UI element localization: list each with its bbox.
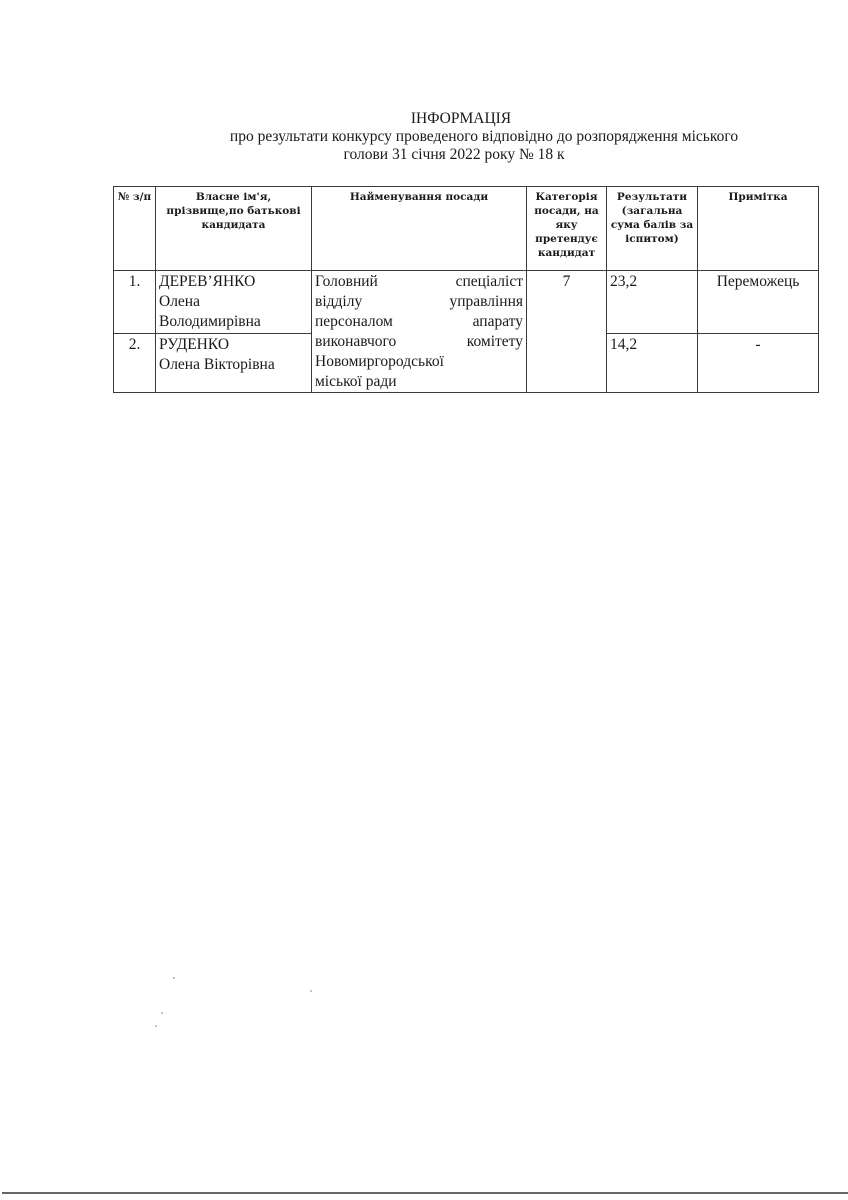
candidate-surname: РУДЕНКО xyxy=(159,335,308,355)
position-line: міської ради xyxy=(315,372,523,392)
scan-speck xyxy=(310,990,312,992)
scan-speck xyxy=(155,1025,157,1027)
note: - xyxy=(698,334,819,393)
position-line: Головний спеціаліст xyxy=(315,272,523,292)
document-subtitle-line1: про результати конкурсу проведеного відп… xyxy=(60,128,848,146)
result-score: 23,2 xyxy=(607,271,698,334)
document-subtitle-line2: голови 31 січня 2022 року № 18 к xyxy=(30,146,848,164)
position-category: 7 xyxy=(527,271,607,393)
position-line: виконавчого комітету xyxy=(315,332,523,352)
row-number: 1. xyxy=(114,271,156,334)
header-results: Результати (загальна сума балів за іспит… xyxy=(607,187,698,271)
header-position-category: Категорія посади, на яку претендує канди… xyxy=(527,187,607,271)
table-row: 1. ДЕРЕВ’ЯНКО Олена Володимирівна Головн… xyxy=(114,271,819,334)
note: Переможець xyxy=(698,271,819,334)
results-table: № з/п Власне ім'я, прізвище,по батькові … xyxy=(113,186,819,393)
candidate-surname: ДЕРЕВ’ЯНКО xyxy=(159,272,308,292)
page-bottom-edge xyxy=(2,1192,848,1194)
header-position-name: Найменування посади xyxy=(312,187,527,271)
header-note: Примітка xyxy=(698,187,819,271)
header-candidate-name: Власне ім'я, прізвище,по батькові кандид… xyxy=(156,187,312,271)
position-name: Головний спеціаліст відділу управління п… xyxy=(312,271,527,393)
candidate-given-name: Олена xyxy=(159,292,308,312)
row-number: 2. xyxy=(114,334,156,393)
scan-speck xyxy=(161,1012,163,1014)
table-header-row: № з/п Власне ім'я, прізвище,по батькові … xyxy=(114,187,819,271)
header-number: № з/п xyxy=(114,187,156,271)
position-line: Новомиргородської xyxy=(315,352,523,372)
candidate-patronymic: Володимирівна xyxy=(159,312,308,332)
result-score: 14,2 xyxy=(607,334,698,393)
candidate-given-name: Олена Вікторівна xyxy=(159,355,308,375)
position-line: відділу управління xyxy=(315,292,523,312)
scan-speck xyxy=(173,977,175,979)
candidate-name: РУДЕНКО Олена Вікторівна xyxy=(156,334,312,393)
position-line: персоналом апарату xyxy=(315,312,523,332)
document-title: ІНФОРМАЦІЯ xyxy=(37,110,848,128)
candidate-name: ДЕРЕВ’ЯНКО Олена Володимирівна xyxy=(156,271,312,334)
